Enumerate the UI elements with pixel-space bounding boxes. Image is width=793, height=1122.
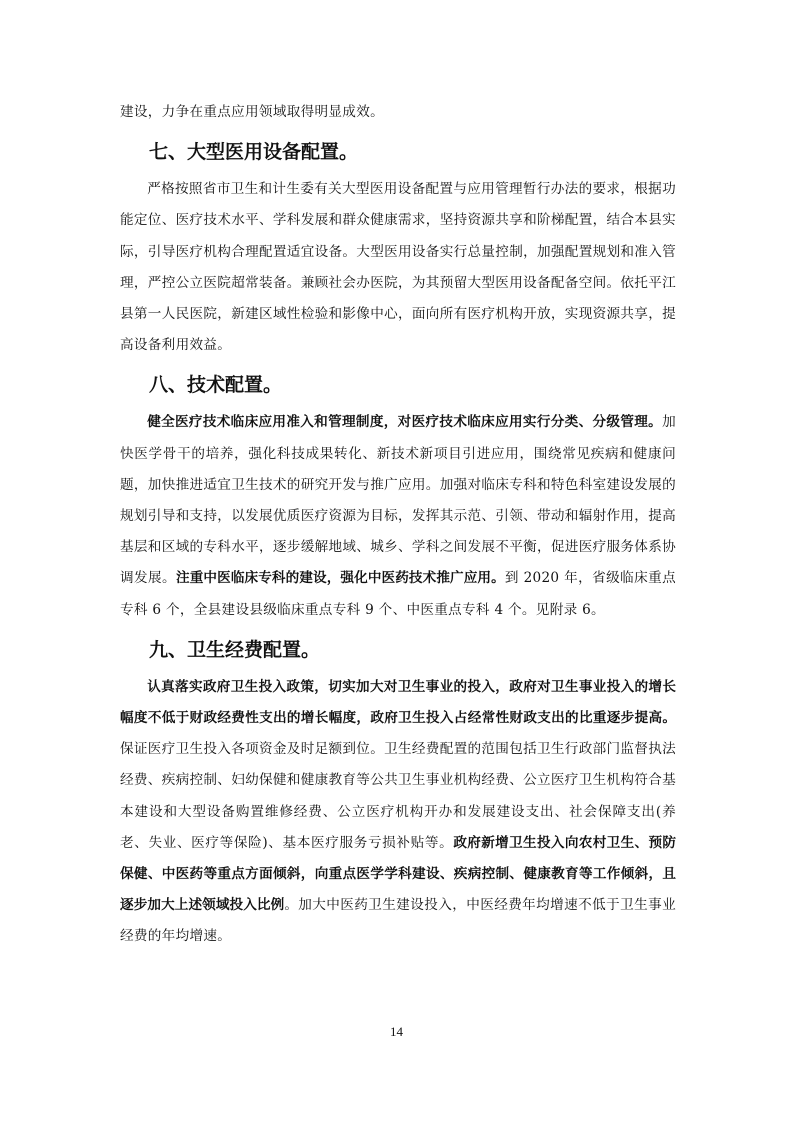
section-8-bold-2: 注重中医临床专科的建设，强化中医药技术推广应用。	[176, 570, 505, 586]
page-number: 14	[0, 1024, 793, 1040]
continuation-paragraph: 建设，力争在重点应用领域取得明显成效。	[120, 97, 676, 128]
section-heading-7: 七、大型医用设备配置。	[120, 140, 676, 164]
section-9-paragraph: 认真落实政府卫生投入政策，切实加大对卫生事业的投入，政府对卫生事业投入的增长幅度…	[120, 672, 676, 953]
section-8-text-1: 加快医学骨干的培养，强化科技成果转化、新技术新项目引进应用，围绕常见疾病和健康问…	[120, 414, 676, 586]
document-page: 建设，力争在重点应用领域取得明显成效。 七、大型医用设备配置。 严格按照省市卫生…	[120, 97, 676, 953]
section-9-bold-lead: 认真落实政府卫生投入政策，切实加大对卫生事业的投入，政府对卫生事业投入的增长幅度…	[120, 679, 676, 726]
section-heading-9: 九、卫生经费配置。	[120, 638, 676, 662]
section-heading-8: 八、技术配置。	[120, 373, 676, 397]
section-8-paragraph: 健全医疗技术临床应用准入和管理制度，对医疗技术临床应用实行分类、分级管理。加快医…	[120, 407, 676, 625]
section-8-bold-lead: 健全医疗技术临床应用准入和管理制度，对医疗技术临床应用实行分类、分级管理。	[147, 414, 662, 430]
section-7-paragraph: 严格按照省市卫生和计生委有关大型医用设备配置与应用管理暂行办法的要求，根据功能定…	[120, 174, 676, 361]
